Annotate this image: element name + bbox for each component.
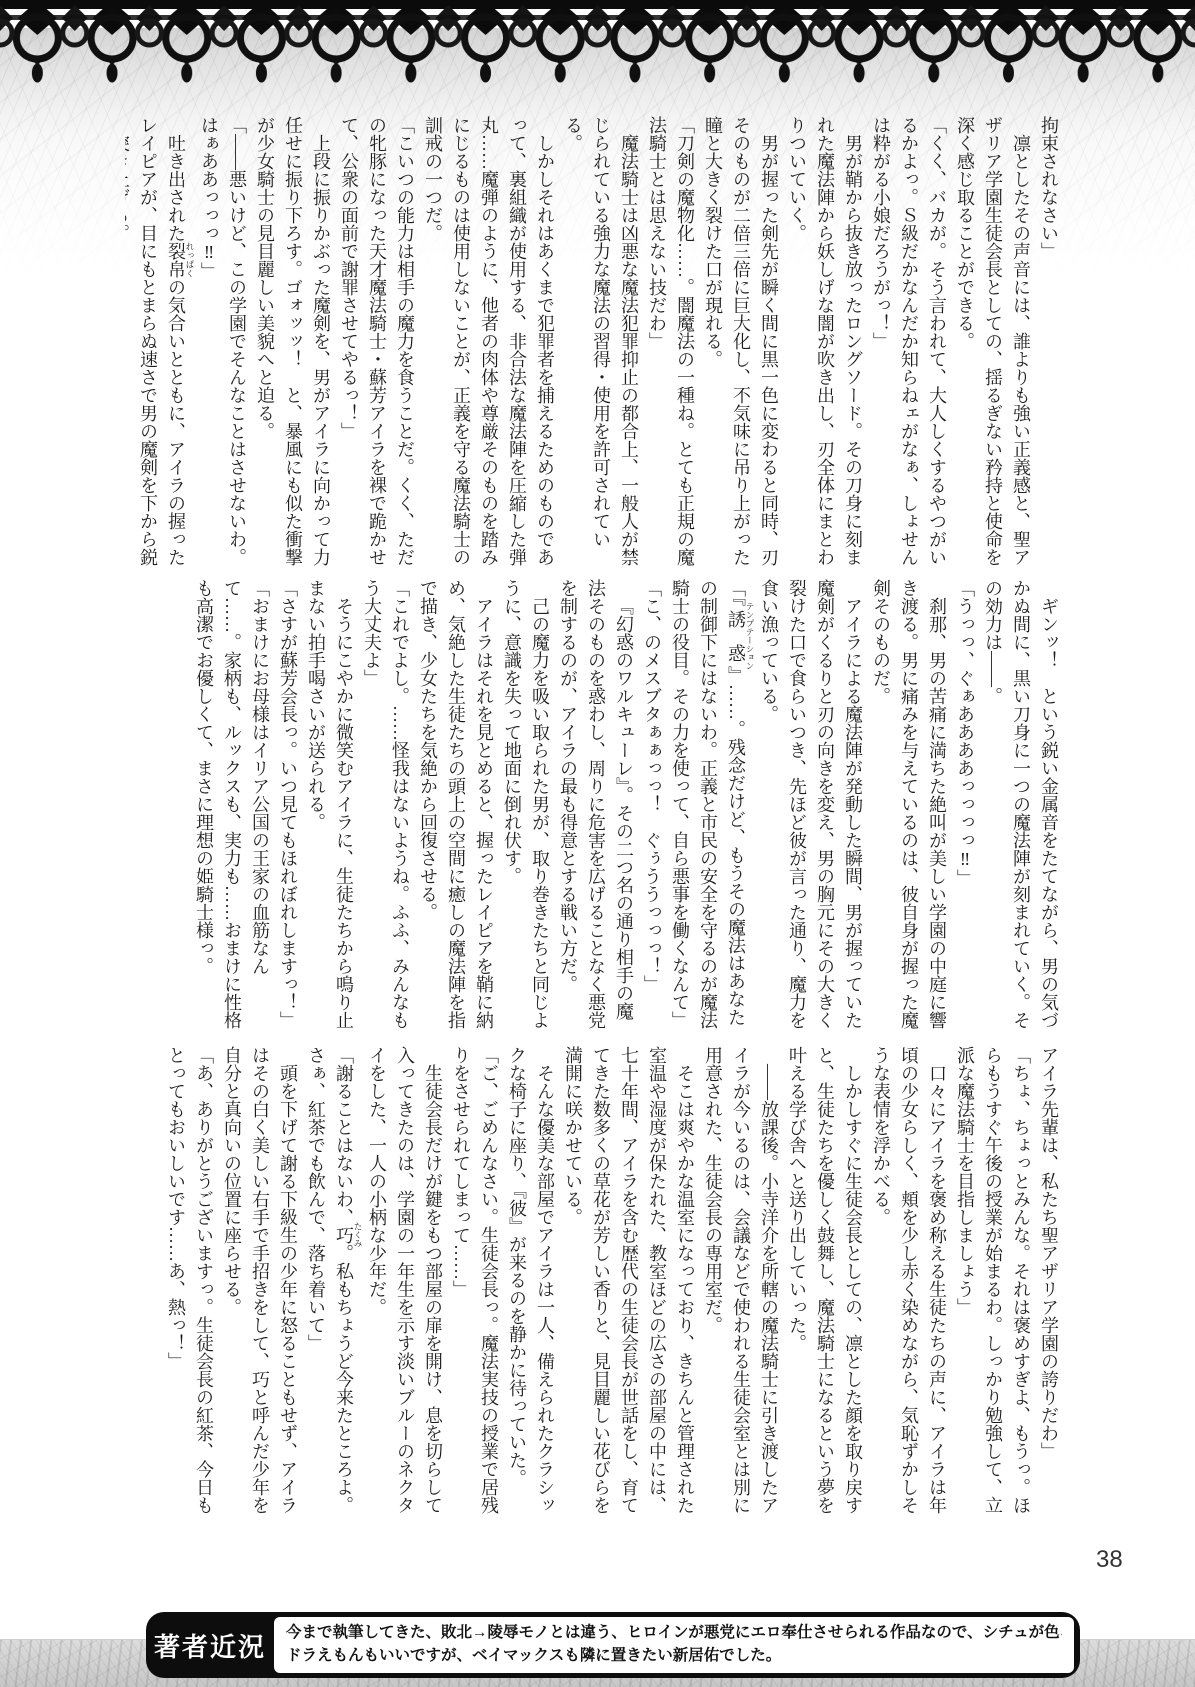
- paragraph: 「こ、のメスブタぁぁっっ！ ぐぅううっっっ！」: [638, 579, 666, 1035]
- paragraph: 「『誘惑テンプテーション』……。残念だけど、もうその魔法はあなたの制御下にはない…: [666, 579, 755, 1035]
- author-note-text: 今まで執筆してきた、敗北→陵辱モノとは違う、ヒロインが悪党にエロ奉仕させられる作…: [274, 1617, 1074, 1673]
- paragraph: アイラはそれを見とめると、握ったレイピアを鞘に納め、気絶した生徒たちの頭上の空間…: [414, 579, 498, 1035]
- paragraph: そんな優美な部屋でアイラは一人、備えられたクラシックな椅子に座り、『彼』が来るの…: [503, 1046, 559, 1514]
- paragraph: 「こいつの能力は相手の魔力を食うことだ。くく、ただの牝豚になった天才魔法騎士・蘇…: [335, 116, 419, 572]
- paragraph: 男が鞘から抜き放ったロングソード。その刀身に刻まれた魔法陣から妖しげな闇が吹き出…: [783, 116, 867, 572]
- paragraph: 「――悪いけど、この学園でそんなことはさせないわ。はぁああっっっ‼」: [195, 116, 251, 572]
- paragraph: そうにこやかに微笑むアイラに、生徒たちから鳴り止まない拍手喝さいが送られる。: [302, 579, 358, 1035]
- author-note-line-2: ドラえもんもいいですが、ベイマックスも隣に置きたい新居佑でした。: [286, 1644, 1062, 1667]
- paragraph: 吐き出された裂帛れっぱくの気合いとともに、アイラの握ったレイピアが、目にもとまら…: [125, 116, 195, 572]
- paragraph: 魔法騎士は凶悪な魔法犯罪抑止の都合上、一般人が禁じられている強力な魔法の習得・使…: [559, 116, 643, 572]
- paragraph: ――放課後。小寺洋介を所轄の魔法騎士に引き渡したアイラが今いるのは、会議などで使…: [699, 1046, 783, 1514]
- paragraph: 口々にアイラを褒め称える生徒たちの声に、アイラは年頃の少女らしく、頬を少し赤く染…: [867, 1046, 951, 1514]
- paragraph: 「うっっ、ぐぁああああっっっっ‼」: [951, 579, 979, 1035]
- paragraph: 「ご、ごめんなさい。生徒会長っ。魔法実技の授業で居残りをさせられてしまって……」: [447, 1046, 503, 1514]
- paragraph: 生徒会長だけが鍵をもつ部屋の扉を開け、息を切らして入ってきたのは、学園の一年生を…: [363, 1046, 447, 1514]
- paragraph: 「ちょ、ちょっとみんな。それは褒めすぎよ、もうっ。ほらもうすぐ午後の授業が始まる…: [951, 1046, 1035, 1514]
- paragraph: 「さすが蘇芳会長っ。いつ見てもほれぼれしますっ！」: [274, 579, 302, 1035]
- author-note-banner: 著者近況 今まで執筆してきた、敗北→陵辱モノとは違う、ヒロインが悪党にエロ奉仕さ…: [146, 1612, 1080, 1678]
- paragraph: アイラによる魔法陣が発動した瞬間、男が握っていた魔剣がくるりと刃の向きを変え、男…: [755, 579, 867, 1035]
- paragraph: 「くく、バカが。そう言われて、大人しくするやつがいるかよっ。Ｓ級だかなんだか知ら…: [867, 116, 951, 572]
- lace-border: [0, 0, 1195, 99]
- author-note-label: 著者近況: [146, 1612, 274, 1678]
- paragraph: 「おまけにお母様はイリア公国の王家の血筋なんて……。家柄も、ルックスも、実力も……: [190, 579, 274, 1035]
- paragraph: 上段に振りかぶった魔剣を、男がアイラに向かって力任せに振り下ろす。ゴォッッ！ と…: [251, 116, 335, 572]
- paragraph: しかしそれはあくまで犯罪者を捕えるためのものであって、裏組織が使用する、非合法な…: [419, 116, 559, 572]
- text-block-middle: ギンッ！ という鋭い金属音をたてながら、男の気づかぬ間に、黒い刀身に一つの魔法陣…: [125, 579, 1063, 1035]
- paragraph: 『幻惑のワルキューレ』。その二つ名の通り相手の魔法そのものを惑わし、周りに危害を…: [554, 579, 638, 1035]
- author-note-line-1: 今まで執筆してきた、敗北→陵辱モノとは違う、ヒロインが悪党にエロ奉仕させられる作…: [286, 1621, 1062, 1644]
- text-block-top: 拘束されなさい」凛としたその声音には、誰よりも強い正義感と、聖アザリア学園生徒会…: [125, 116, 1063, 572]
- paragraph: 拘束されなさい」: [1035, 116, 1063, 572]
- paragraph: 頭を下げて謝る下級生の少年に怒ることもせず、アイラはその白く美しい右手で手招きを…: [218, 1046, 302, 1514]
- paragraph: 「謝ることはないわ、巧たくみ。私もちょうど今来たところよ。さぁ、紅茶でも飲んで、…: [302, 1046, 363, 1514]
- paragraph: アイラ先輩は、私たち聖アザリア学園の誇りだわ」: [1035, 1046, 1063, 1514]
- paragraph: そこは爽やかな温室になっており、きちんと管理された室温や湿度が保たれた、教室ほど…: [559, 1046, 699, 1514]
- paragraph: 「あ、ありがとうございますっ。生徒会長の紅茶、今日もとってもおいしいです……あ、…: [162, 1046, 218, 1514]
- paragraph: 「刀剣の魔物化……。闇魔法の一種ね。とても正規の魔法騎士とは思えない技だわ」: [643, 116, 699, 572]
- paragraph: ギンッ！ という鋭い金属音をたてながら、男の気づかぬ間に、黒い刀身に一つの魔法陣…: [979, 579, 1063, 1035]
- paragraph: 凛としたその声音には、誰よりも強い正義感と、聖アザリア学園生徒会長としての、揺る…: [951, 116, 1035, 572]
- paragraph: 男が握った剣先が瞬く間に黒一色に変わると同時、刃そのものが二倍三倍に巨大化し、不…: [699, 116, 783, 572]
- paragraph: 刹那、男の苦痛に満ちた絶叫が美しい学園の中庭に響き渡る。男に痛みを与えているのは…: [867, 579, 951, 1035]
- paragraph: 己の魔力を吸い取られた男が、取り巻きたちと同じように、意識を失って地面に倒れ伏す…: [498, 579, 554, 1035]
- paragraph: 「これでよし。……怪我はないようね。ふふ、みんなもう大丈夫よ」: [358, 579, 414, 1035]
- paragraph: しかしすぐに生徒会長としての、凛とした顔を取り戻すと、生徒たちを優しく鼓舞し、魔…: [783, 1046, 867, 1514]
- page-number: 38: [1096, 1546, 1123, 1574]
- text-block-bottom: アイラ先輩は、私たち聖アザリア学園の誇りだわ」「ちょ、ちょっとみんな。それは褒め…: [125, 1046, 1063, 1514]
